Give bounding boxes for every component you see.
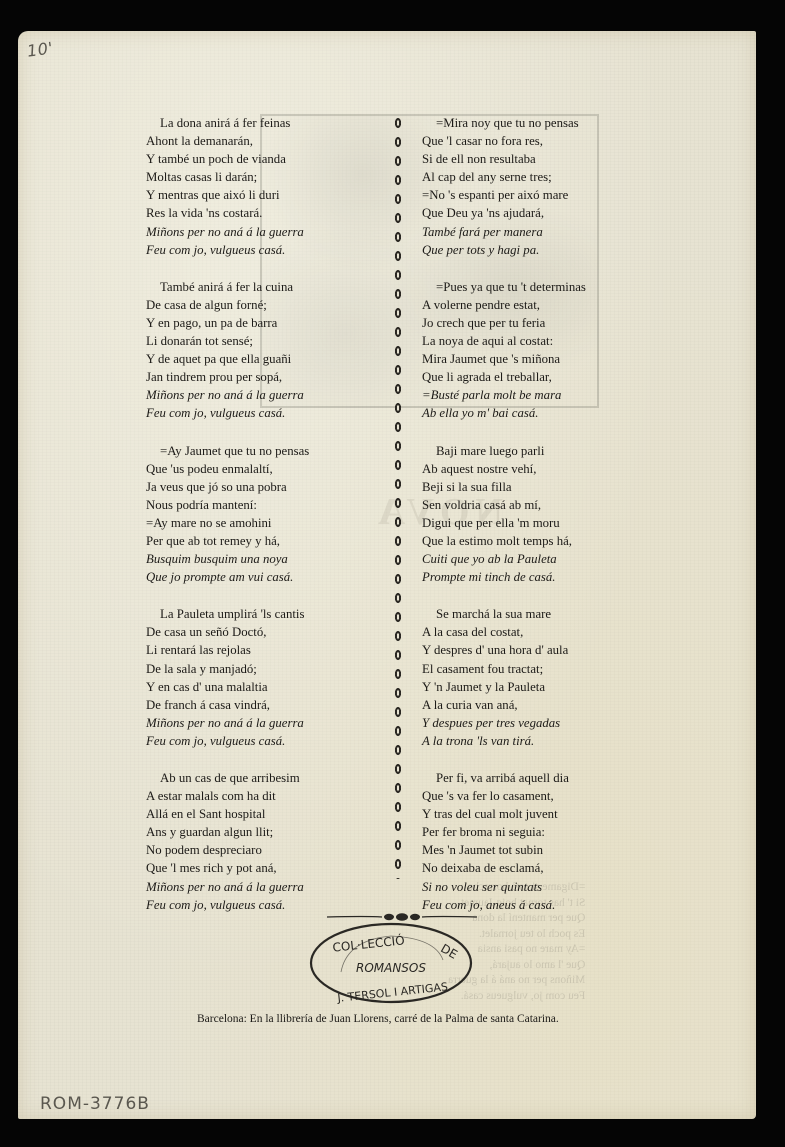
verse-line: Que 'l casar no fora res, xyxy=(422,132,642,150)
verse-line: Res la vida 'ns costará. xyxy=(146,204,371,222)
stanza: La dona anirá á fer feinasAhont la deman… xyxy=(146,114,371,259)
verse-line: Y en pago, un pa de barra xyxy=(146,314,371,332)
verse-line: No podem despreciaro xyxy=(146,841,371,859)
verse-line: =Mira noy que tu no pensas xyxy=(422,114,642,132)
stanza: També anirá á fer la cuinaDe casa de alg… xyxy=(146,278,371,423)
verse-line: No deixaba de esclamá, xyxy=(422,859,642,877)
stamp-text-de: DE xyxy=(438,941,460,962)
verse-line: Jan tindrem prou per sopá, xyxy=(146,368,371,386)
refrain-line: Cuiti que yo ab la Pauleta xyxy=(422,550,642,568)
refrain-line: A la trona 'ls van tirá. xyxy=(422,732,642,750)
verse-line: Moltas casas li darán; xyxy=(146,168,371,186)
left-column: La dona anirá á fer feinasAhont la deman… xyxy=(146,114,371,933)
verse-line: Y mentras que aixó li duri xyxy=(146,186,371,204)
refrain-line: Que per tots y hagi pa. xyxy=(422,241,642,259)
refrain-line: Prompte mi tinch de casá. xyxy=(422,568,642,586)
refrain-line: Busquim busquim una noya xyxy=(146,550,371,568)
right-column: =Mira noy que tu no pensasQue 'l casar n… xyxy=(422,114,642,933)
verse-line: Y 'n Jaumet y la Pauleta xyxy=(422,678,642,696)
printer-imprint: Barcelona: En la llibrería de Juan Llore… xyxy=(197,1013,559,1025)
verse-line: =Ay mare no se amohini xyxy=(146,514,371,532)
verse-line: Y en cas d' una malaltia xyxy=(146,678,371,696)
verse-line: Baji mare luego parli xyxy=(422,442,642,460)
refrain-line: Miñons per no aná á la guerra xyxy=(146,386,371,404)
verse-line: Que li agrada el treballar, xyxy=(422,368,642,386)
refrain-line: Miñons per no aná á la guerra xyxy=(146,223,371,241)
verse-line: Digui que per ella 'm moru xyxy=(422,514,642,532)
verse-line: Que la estimo molt temps há, xyxy=(422,532,642,550)
verse-line: Y també un poch de vianda xyxy=(146,150,371,168)
verse-line: Se marchá la sua mare xyxy=(422,605,642,623)
ornamental-column-divider xyxy=(391,114,405,879)
refrain-line: Y despues per tres vegadas xyxy=(422,714,642,732)
verse-line: Al cap del any serne tres; xyxy=(422,168,642,186)
verse-line: Que 'us podeu enmalaltí, xyxy=(146,460,371,478)
verse-line: A estar malals com ha dit xyxy=(146,787,371,805)
verse-line: A volerne pendre estat, xyxy=(422,296,642,314)
verse-line: De franch á casa vindrá, xyxy=(146,696,371,714)
catalog-reference: ROM-3776B xyxy=(40,1094,150,1114)
stanza: =Pues ya que tu 't determinasA volerne p… xyxy=(422,278,642,423)
refrain-line: Feu com jo, vulgueus casá. xyxy=(146,404,371,422)
verse-line: A la curia van aná, xyxy=(422,696,642,714)
refrain-line: Miñons per no aná á la guerra xyxy=(146,878,371,896)
verse-line: La dona anirá á fer feinas xyxy=(146,114,371,132)
stanza: Ab un cas de que arribesimA estar malals… xyxy=(146,769,371,914)
verse-line: Mes 'n Jaumet tot subin xyxy=(422,841,642,859)
verse-line: Jo crech que per tu feria xyxy=(422,314,642,332)
stanza: Baji mare luego parliAb aquest nostre ve… xyxy=(422,442,642,587)
verse-line: =Pues ya que tu 't determinas xyxy=(422,278,642,296)
verse-line: Que 's va fer lo casament, xyxy=(422,787,642,805)
verse-line: Y despres d' una hora d' aula xyxy=(422,641,642,659)
verse-line: Ab un cas de que arribesim xyxy=(146,769,371,787)
stanza: La Pauleta umplirá 'ls cantisDe casa un … xyxy=(146,605,371,750)
verse-line: Beji si la sua filla xyxy=(422,478,642,496)
verse-line: Y de aquet pa que ella guañi xyxy=(146,350,371,368)
stanza: Per fi, va arribá aquell diaQue 's va fe… xyxy=(422,769,642,914)
verse-line: El casament fou tractat; xyxy=(422,660,642,678)
refrain-line: Feu com jo, vulgueus casá. xyxy=(146,241,371,259)
verse-line: Mira Jaumet que 's miñona xyxy=(422,350,642,368)
verse-line: Y tras del cual molt juvent xyxy=(422,805,642,823)
verse-line: Nous podría mantení: xyxy=(146,496,371,514)
verse-line: De casa de algun forné; xyxy=(146,296,371,314)
verse-line: Ab aquest nostre vehí, xyxy=(422,460,642,478)
verse-line: La noya de aqui al costat: xyxy=(422,332,642,350)
verse-line: Si de ell non resultaba xyxy=(422,150,642,168)
verse-line: =No 's espanti per aixó mare xyxy=(422,186,642,204)
verse-line: Per fi, va arribá aquell dia xyxy=(422,769,642,787)
verse-line: La Pauleta umplirá 'ls cantis xyxy=(146,605,371,623)
verse-line: Sen voldria casá ab mí, xyxy=(422,496,642,514)
refrain-line: Que jo prompte am vui casá. xyxy=(146,568,371,586)
stanza: =Ay Jaumet que tu no pensasQue 'us podeu… xyxy=(146,442,371,587)
stamp-text-collection: COL·LECCIÓ xyxy=(332,932,406,954)
verse-line: Per que ab tot remey y há, xyxy=(146,532,371,550)
verse-line: Ja veus que jó so una pobra xyxy=(146,478,371,496)
folio-mark: 10' xyxy=(26,38,55,60)
verse-line: Li rentará las rejolas xyxy=(146,641,371,659)
stamp-text-romansos: ROMANSOS xyxy=(356,961,426,975)
verse-line: De casa un señó Doctó, xyxy=(146,623,371,641)
verse-line: També anirá á fer la cuina xyxy=(146,278,371,296)
verse-line: Que Deu ya 'ns ajudará, xyxy=(422,204,642,222)
verse-line: =Ay Jaumet que tu no pensas xyxy=(146,442,371,460)
verse-line: De la sala y manjadó; xyxy=(146,660,371,678)
refrain-line: També fará per manera xyxy=(422,223,642,241)
verse-line: Allá en el Sant hospital xyxy=(146,805,371,823)
verse-line: Ans y guardan algun llit; xyxy=(146,823,371,841)
refrain-line: Ab ella yo m' bai casá. xyxy=(422,404,642,422)
refrain-line: Si no voleu ser quintats xyxy=(422,878,642,896)
refrain-line: Feu com jo, vulgueus casá. xyxy=(146,732,371,750)
stanza: Se marchá la sua mareA la casa del costa… xyxy=(422,605,642,750)
refrain-line: =Busté parla molt be mara xyxy=(422,386,642,404)
stanza: =Mira noy que tu no pensasQue 'l casar n… xyxy=(422,114,642,259)
collection-stamp: COL·LECCIÓ DE ROMANSOS J. TERSOL I ARTIG… xyxy=(307,920,475,1006)
verse-line: Que 'l mes rich y pot aná, xyxy=(146,859,371,877)
refrain-line: Miñons per no aná á la guerra xyxy=(146,714,371,732)
verse-line: Per fer broma ni seguia: xyxy=(422,823,642,841)
verse-line: Ahont la demanarán, xyxy=(146,132,371,150)
verse-line: Li donarán tot sensé; xyxy=(146,332,371,350)
verse-line: A la casa del costat, xyxy=(422,623,642,641)
